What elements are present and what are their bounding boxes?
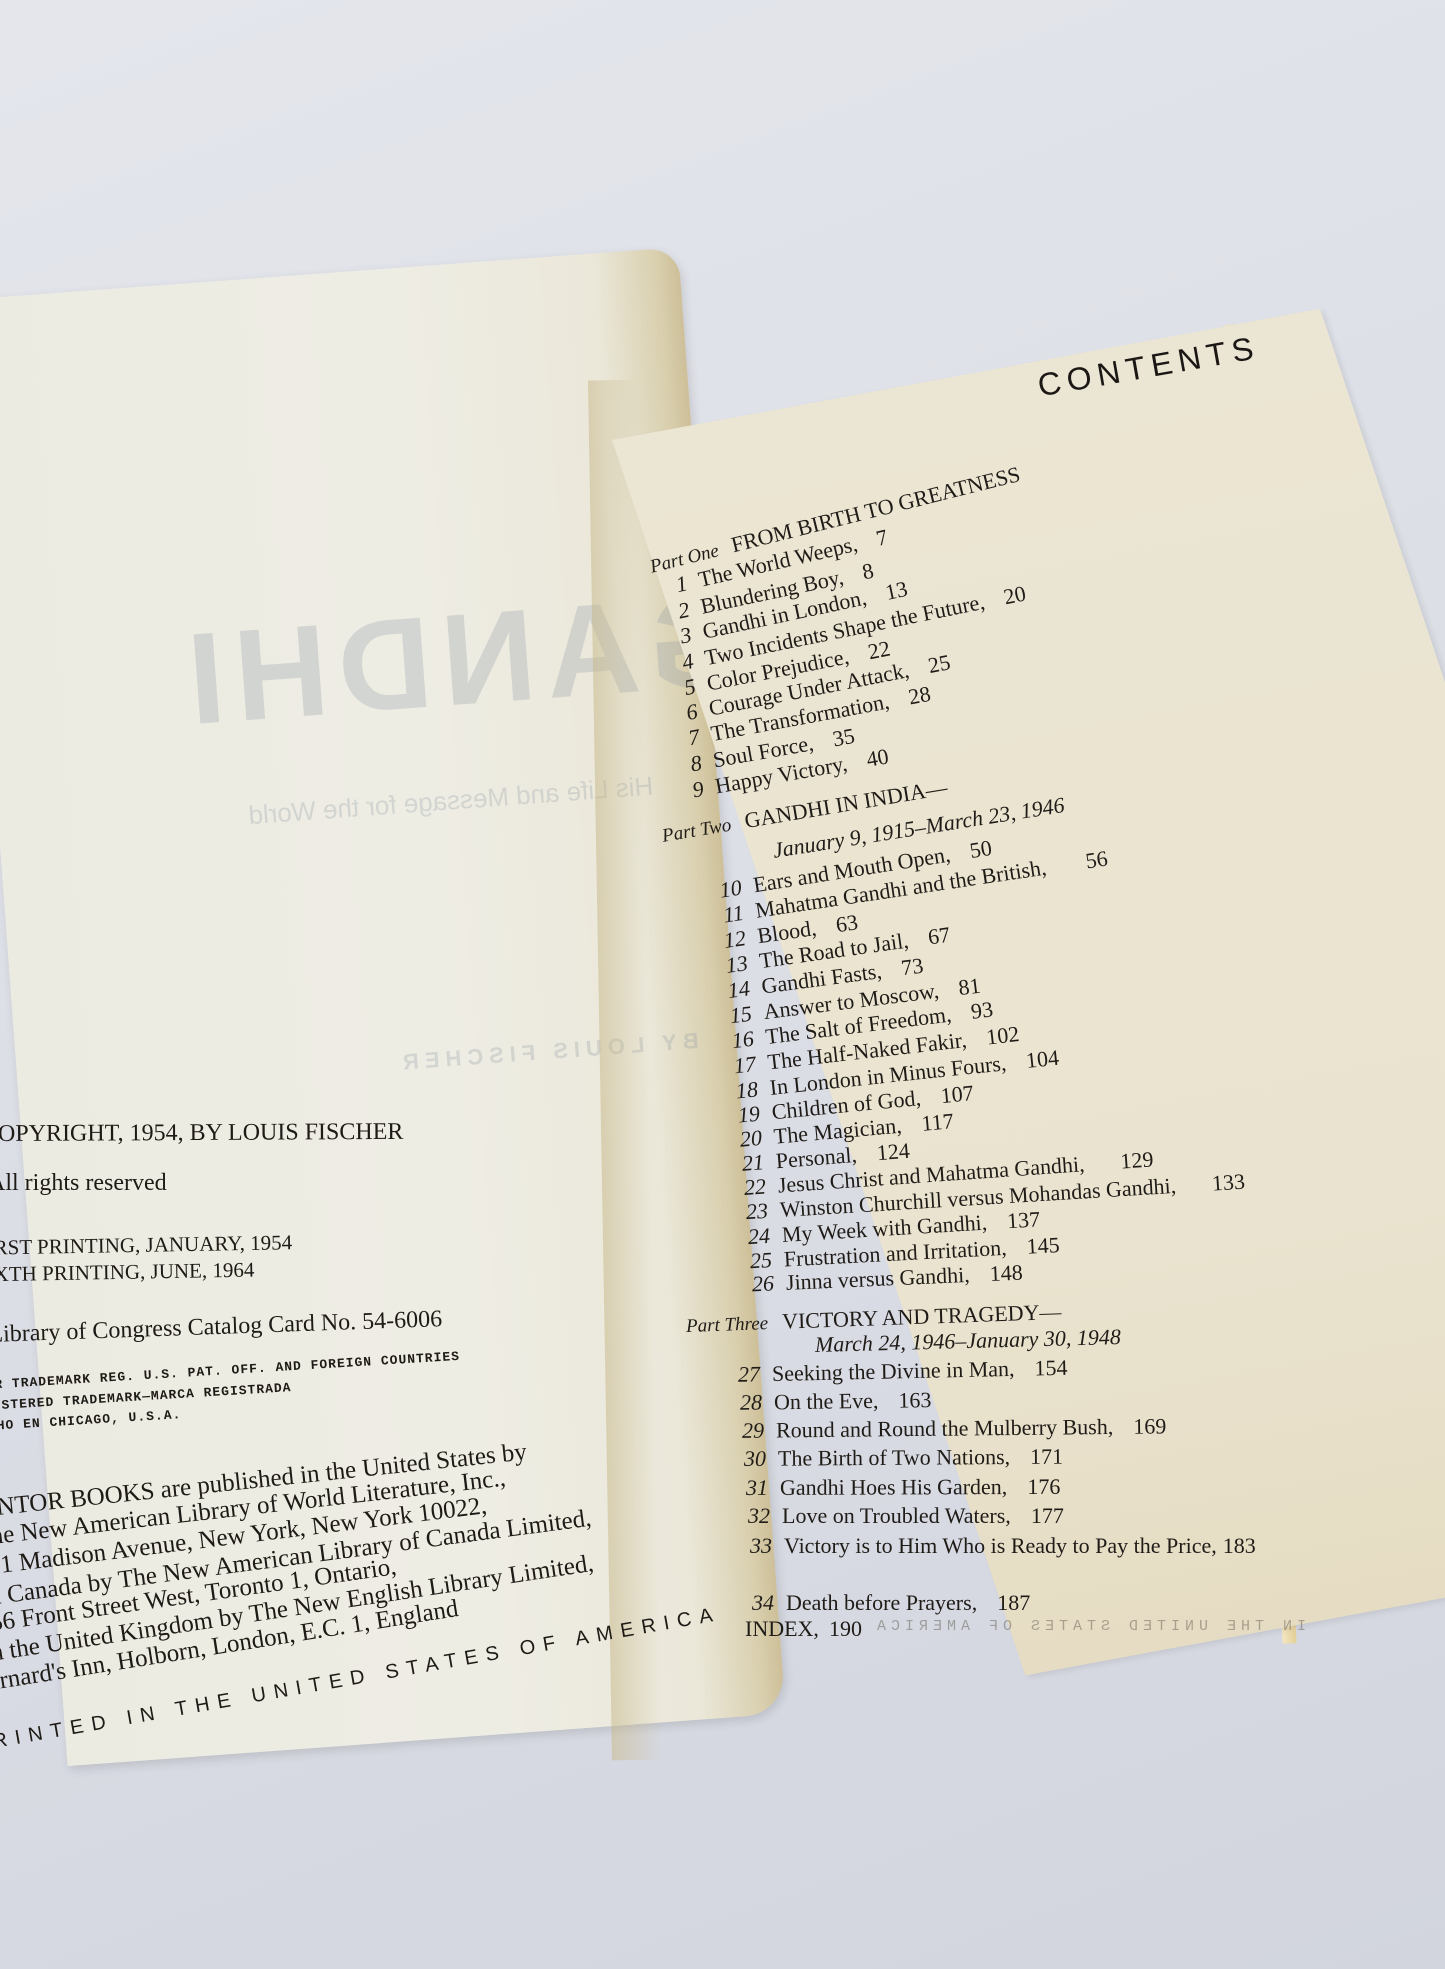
chapter-number: 31 — [732, 1475, 768, 1501]
chapter-page: 28 — [906, 681, 932, 710]
chapter-page: 63 — [834, 909, 859, 937]
show-through-text: IN THE UNITED STATES OF AMERICA — [872, 1618, 1306, 1635]
chapter-number: 33 — [736, 1532, 772, 1560]
chapter-entry[interactable]: 33Victory is to Him Who is Ready to Pay … — [736, 1532, 1336, 1560]
chapter-page: 148 — [989, 1260, 1023, 1286]
index-page: 190 — [829, 1616, 862, 1641]
chapter-title: On the Eve, — [774, 1388, 879, 1414]
chapter-page: 133 — [1211, 1169, 1245, 1196]
chapter-page: 129 — [1119, 1146, 1154, 1173]
chapter-page: 183 — [1223, 1533, 1256, 1558]
chapter-page: 145 — [1026, 1232, 1060, 1259]
chapter-page: 163 — [898, 1387, 931, 1412]
chapter-number: 28 — [726, 1389, 762, 1416]
chapter-page: 25 — [926, 649, 952, 678]
chapter-number: 34 — [738, 1590, 774, 1616]
chapter-number: 29 — [728, 1418, 764, 1444]
chapter-page: 104 — [1025, 1045, 1060, 1073]
chapter-title: Victory is to Him Who is Ready to Pay th… — [784, 1533, 1217, 1558]
chapter-number: 9 — [666, 776, 706, 808]
chapter-page: 13 — [883, 576, 910, 605]
chapter-page: 40 — [864, 743, 890, 771]
index-label: INDEX, — [745, 1616, 819, 1641]
chapter-title: Round and Round the Mulberry Bush, — [776, 1414, 1114, 1443]
part-label: Part Three — [686, 1313, 769, 1337]
chapter-page: 177 — [1031, 1503, 1064, 1528]
chapter-page: 56 — [1084, 845, 1109, 873]
part-label: Part Two — [661, 815, 733, 847]
chapter-page: 124 — [876, 1138, 911, 1166]
chapter-page: 171 — [1030, 1444, 1063, 1469]
chapter-title: Death before Prayers, — [786, 1590, 977, 1615]
chapter-number: 23 — [731, 1198, 769, 1226]
contents-heading: CONTENTS — [1035, 329, 1262, 404]
chapter-title: Gandhi Hoes His Garden, — [780, 1474, 1007, 1500]
chapter-title: The Birth of Two Nations, — [778, 1444, 1010, 1471]
chapter-page: 7 — [874, 524, 890, 551]
chapter-title: Seeking the Divine in Man, — [772, 1356, 1015, 1386]
chapter-page: 187 — [997, 1590, 1030, 1615]
chapter-entry[interactable]: 32Love on Troubled Waters,177 — [734, 1503, 1064, 1529]
chapter-page: 20 — [1001, 580, 1028, 609]
chapter-page: 81 — [957, 973, 982, 1000]
chapter-page: 35 — [831, 723, 857, 751]
chapter-number: 27 — [724, 1361, 761, 1388]
chapter-title: Love on Troubled Waters, — [782, 1503, 1011, 1528]
table-of-contents: CONTENTS Part OneFROM BIRTH TO GREATNESS… — [0, 0, 1445, 1969]
chapter-number: 32 — [734, 1503, 770, 1529]
chapter-entry[interactable]: 29Round and Round the Mulberry Bush,169 — [728, 1413, 1167, 1444]
chapter-entry[interactable]: 28On the Eve,163 — [726, 1387, 932, 1416]
chapter-entry[interactable]: 31Gandhi Hoes His Garden,176 — [732, 1474, 1060, 1501]
chapter-page: 50 — [968, 835, 994, 863]
index-entry[interactable]: INDEX,190 — [745, 1616, 862, 1642]
chapter-page: 169 — [1133, 1413, 1166, 1438]
chapter-entry[interactable]: 27Seeking the Divine in Man,154 — [724, 1355, 1068, 1388]
chapter-entry[interactable]: 34Death before Prayers,187 — [738, 1590, 1030, 1616]
chapter-page: 8 — [860, 558, 876, 585]
chapter-entry[interactable]: 30The Birth of Two Nations,171 — [730, 1444, 1063, 1472]
chapter-page: 73 — [900, 953, 925, 981]
chapter-page: 102 — [985, 1021, 1021, 1050]
chapter-number: 30 — [730, 1446, 766, 1472]
chapter-page: 67 — [926, 922, 951, 950]
chapter-page: 137 — [1006, 1206, 1040, 1233]
chapter-page: 93 — [969, 996, 994, 1023]
chapter-page: 107 — [939, 1080, 974, 1108]
chapter-number: 26 — [737, 1270, 774, 1298]
chapter-page: 117 — [920, 1108, 954, 1136]
chapter-page: 154 — [1034, 1355, 1068, 1381]
chapter-page: 176 — [1027, 1474, 1060, 1499]
